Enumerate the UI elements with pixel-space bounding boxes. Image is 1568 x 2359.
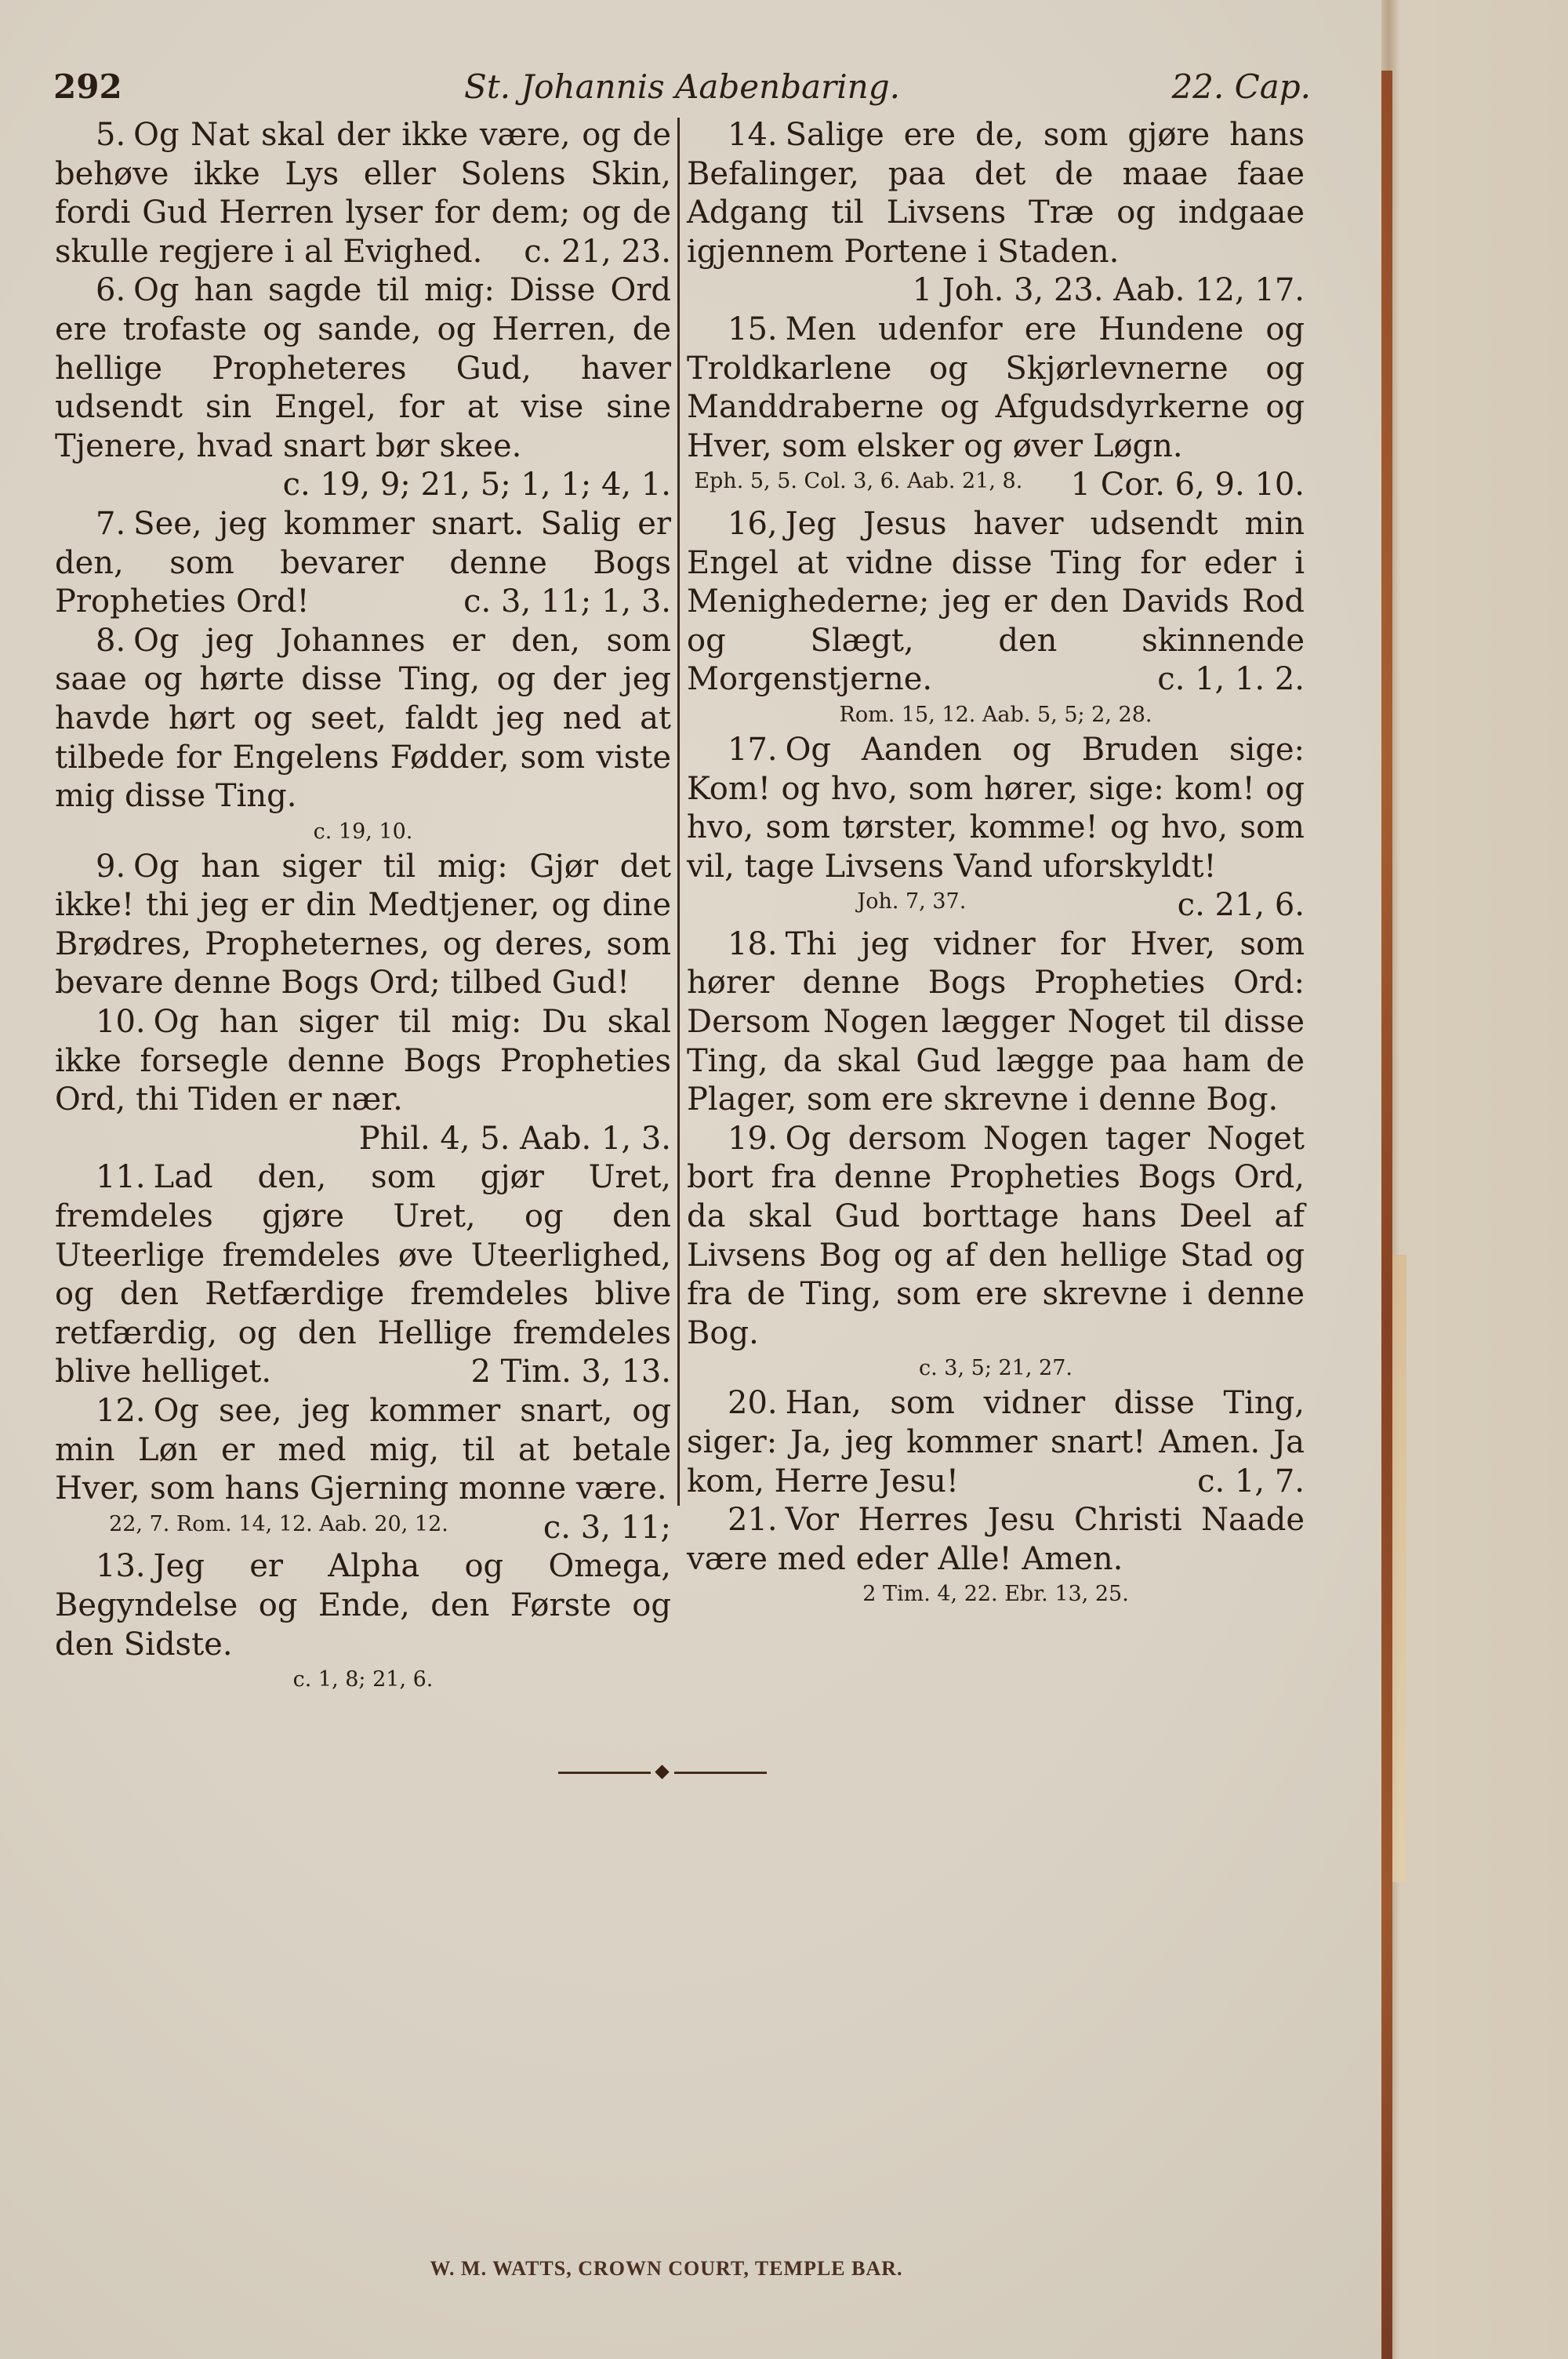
- binding-crease: [1381, 71, 1392, 2359]
- end-ornament-rule: [558, 1766, 767, 1779]
- verse-paragraph: 5.Og Nat skal der ikke være, og de behøv…: [55, 116, 671, 271]
- verse-paragraph: 19.Og dersom Nogen tager Noget bort fra …: [687, 1120, 1305, 1354]
- verse-reference: 2 Tim. 3, 13.: [430, 1353, 672, 1392]
- running-title: St. Johannis Aabenbaring.: [53, 67, 1311, 106]
- verse-text: Og han siger til mig: Gjør det ikke! thi…: [55, 849, 671, 1001]
- cross-reference: c. 3, 5; 21, 27.: [687, 1353, 1305, 1384]
- verse-paragraph: 12.Og see, jeg kommer snart, og min Løn …: [55, 1392, 671, 1509]
- rule-line: [558, 1772, 651, 1774]
- verse: 6.Og han sagde til mig: Disse Ord ere tr…: [55, 271, 671, 505]
- verse-reference: c. 21, 23.: [483, 233, 671, 272]
- verse-paragraph: 21.Vor Herres Jesu Christi Naade være me…: [687, 1501, 1305, 1579]
- verse-text: Og Aanden og Bruden sige: Kom! og hvo, s…: [687, 732, 1305, 885]
- verse-number: 20.: [728, 1385, 778, 1421]
- verse-paragraph: 7.See, jeg kommer snart. Salig er den, s…: [55, 505, 671, 622]
- verse-text: Men udenfor ere Hundene og Troldkarlene …: [687, 311, 1305, 464]
- verse-text: Og see, jeg kommer snart, og min Løn er …: [55, 1393, 671, 1507]
- cross-reference: Rom. 15, 12. Aab. 5, 5; 2, 28.: [687, 700, 1305, 731]
- verse-number: 10.: [96, 1004, 146, 1040]
- verse-number: 19.: [728, 1121, 778, 1157]
- verse-reference: c. 1, 1. 2.: [1116, 660, 1305, 700]
- left-column: 5.Og Nat skal der ikke være, og de behøv…: [55, 116, 671, 1696]
- verse: 18.Thi jeg vidner for Hver, som hører de…: [687, 925, 1305, 1120]
- verse-reference: Phil. 4, 5. Aab. 1, 3.: [318, 1120, 671, 1159]
- verse-text: Salige ere de, som gjøre hans Befalinger…: [687, 117, 1305, 270]
- book-page: 292 St. Johannis Aabenbaring. 22. Cap. 5…: [0, 0, 1568, 2359]
- verse: 17.Og Aanden og Bruden sige: Kom! og hvo…: [687, 731, 1305, 925]
- verse-paragraph: 15.Men udenfor ere Hundene og Troldkarle…: [687, 311, 1305, 466]
- verse-reference: c. 1, 7.: [1156, 1463, 1305, 1502]
- verse-paragraph: 13.Jeg er Alpha og Omega, Begyndelse og …: [55, 1547, 671, 1664]
- verse: 21.Vor Herres Jesu Christi Naade være me…: [687, 1501, 1305, 1610]
- verse-paragraph: 8.Og jeg Johannes er den, som saae og hø…: [55, 622, 671, 816]
- verse-number: 17.: [728, 732, 778, 768]
- binding-edge: [1381, 0, 1568, 2359]
- verse: 12.Og see, jeg kommer snart, og min Løn …: [55, 1392, 671, 1547]
- verse: 7.See, jeg kommer snart. Salig er den, s…: [55, 505, 671, 622]
- verse-reference: c. 21, 6.: [1137, 886, 1305, 925]
- rule-line: [674, 1772, 767, 1774]
- verse: 13.Jeg er Alpha og Omega, Begyndelse og …: [55, 1547, 671, 1696]
- verse-paragraph: 14.Salige ere de, som gjøre hans Befalin…: [687, 116, 1305, 271]
- verse-text: Vor Herres Jesu Christi Naade være med e…: [687, 1502, 1305, 1577]
- running-header: 292 St. Johannis Aabenbaring. 22. Cap.: [53, 67, 1311, 114]
- verse-reference: 1 Joh. 3, 23. Aab. 12, 17.: [872, 271, 1305, 311]
- verse-paragraph: 10.Og han siger til mig: Du skal ikke fo…: [55, 1003, 671, 1120]
- verse-number: 12.: [96, 1393, 146, 1429]
- verse: 15.Men udenfor ere Hundene og Troldkarle…: [687, 311, 1305, 505]
- verse-number: 9.: [96, 849, 125, 885]
- verse-number: 15.: [728, 311, 778, 347]
- verse-paragraph: 11.Lad den, som gjør Uret, fremdeles gjø…: [55, 1158, 671, 1392]
- verse-text: Og jeg Johannes er den, som saae og hørt…: [55, 623, 671, 814]
- cross-reference: c. 19, 10.: [55, 816, 671, 848]
- verse-text: Jeg er Alpha og Omega, Begyndelse og End…: [55, 1548, 671, 1662]
- verse-paragraph: 9.Og han siger til mig: Gjør det ikke! t…: [55, 848, 671, 1003]
- verse: 11.Lad den, som gjør Uret, fremdeles gjø…: [55, 1158, 671, 1392]
- verse-number: 18.: [728, 926, 778, 962]
- verse-reference: 1 Cor. 6, 9. 10.: [1030, 466, 1305, 505]
- verse-text: Og han siger til mig: Du skal ikke forse…: [55, 1004, 671, 1118]
- verse: 14.Salige ere de, som gjøre hans Befalin…: [687, 116, 1305, 311]
- verse: 5.Og Nat skal der ikke være, og de behøv…: [55, 116, 671, 271]
- diamond-ornament-icon: [655, 1765, 669, 1779]
- chapter-label: 22. Cap.: [1171, 67, 1311, 106]
- verse-text: Thi jeg vidner for Hver, som hører denne…: [687, 926, 1305, 1118]
- verse: 9.Og han siger til mig: Gjør det ikke! t…: [55, 848, 671, 1003]
- verse: 16,Jeg Jesus haver udsendt min Engel at …: [687, 505, 1305, 731]
- verse: 10.Og han siger til mig: Du skal ikke fo…: [55, 1003, 671, 1158]
- verse-reference: c. 3, 11; 1, 3.: [423, 583, 671, 622]
- right-column: 14.Salige ere de, som gjøre hans Befalin…: [687, 116, 1305, 1610]
- verse-number: 13.: [96, 1548, 146, 1584]
- verse-number: 11.: [96, 1159, 146, 1195]
- verse-paragraph: 17.Og Aanden og Bruden sige: Kom! og hvo…: [687, 731, 1305, 886]
- verse-paragraph: 18.Thi jeg vidner for Hver, som hører de…: [687, 925, 1305, 1120]
- verse-paragraph: 6.Og han sagde til mig: Disse Ord ere tr…: [55, 271, 671, 466]
- cross-reference: c. 1, 8; 21, 6.: [55, 1664, 671, 1696]
- printer-imprint: W. M. WATTS, CROWN COURT, TEMPLE BAR.: [0, 2257, 1333, 2281]
- verse-number: 14.: [728, 117, 778, 153]
- cross-reference: 2 Tim. 4, 22. Ebr. 13, 25.: [687, 1579, 1305, 1610]
- verse-text: Og han sagde til mig: Disse Ord ere trof…: [55, 272, 671, 463]
- verse: 20.Han, som vidner disse Ting, siger: Ja…: [687, 1384, 1305, 1501]
- verse: 8.Og jeg Johannes er den, som saae og hø…: [55, 622, 671, 848]
- verse-number: 16,: [728, 506, 778, 542]
- column-divider: [677, 118, 680, 1506]
- verse-paragraph: 20.Han, som vidner disse Ting, siger: Ja…: [687, 1384, 1305, 1501]
- binding-tape: [1392, 1255, 1406, 1882]
- verse-number: 21.: [728, 1502, 778, 1538]
- verse-reference: c. 3, 11;: [503, 1509, 671, 1548]
- verse-number: 6.: [96, 272, 125, 308]
- verse-number: 7.: [96, 506, 125, 542]
- verse: 19.Og dersom Nogen tager Noget bort fra …: [687, 1120, 1305, 1385]
- verse-text: Og dersom Nogen tager Noget bort fra den…: [687, 1121, 1305, 1351]
- verse-paragraph: 16,Jeg Jesus haver udsendt min Engel at …: [687, 505, 1305, 700]
- verse-reference: c. 19, 9; 21, 5; 1, 1; 4, 1.: [242, 466, 671, 505]
- verse-number: 8.: [96, 623, 125, 659]
- verse-number: 5.: [96, 117, 125, 153]
